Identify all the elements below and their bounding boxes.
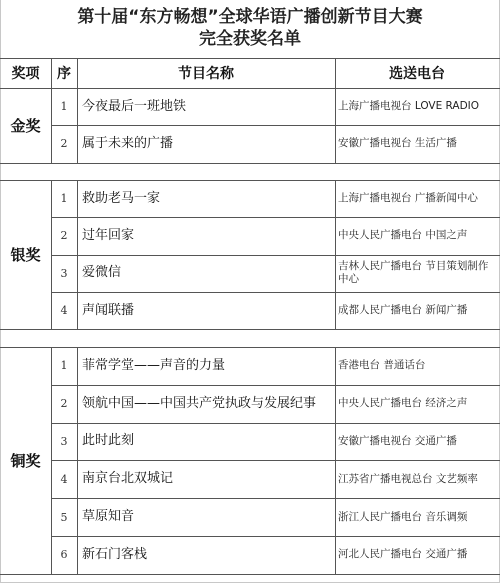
table-rule [0, 329, 500, 330]
row-program-name: 草原知音 [77, 498, 335, 536]
row-seq: 4 [51, 292, 77, 329]
table-rule [0, 574, 500, 575]
table-rule [51, 423, 500, 424]
table-rule [77, 88, 78, 163]
page-title: 第十届“东方畅想”全球华语广播创新节目大赛 完全获奖名单 [0, 6, 500, 50]
row-seq: 1 [51, 347, 77, 385]
table-rule [51, 460, 500, 461]
award-label: 铜奖 [0, 347, 51, 574]
row-seq: 2 [51, 385, 77, 423]
row-seq: 4 [51, 460, 77, 498]
award-label: 金奖 [0, 88, 51, 163]
table-rule [51, 58, 52, 88]
table-rule [51, 536, 500, 537]
table-rule [335, 347, 336, 574]
award-label: 银奖 [0, 180, 51, 329]
table-rule [77, 180, 78, 329]
row-station: 中央人民广播电台 经济之声 [335, 385, 499, 423]
row-program-name: 救助老马一家 [77, 180, 335, 217]
row-program-name: 新石门客栈 [77, 536, 335, 574]
row-program-name: 此时此刻 [77, 423, 335, 461]
row-seq: 2 [51, 217, 77, 254]
row-seq: 3 [51, 255, 77, 292]
row-seq: 1 [51, 180, 77, 217]
table-rule [77, 347, 78, 574]
table-rule [51, 180, 52, 329]
table-rule [77, 58, 78, 88]
row-program-name: 过年回家 [77, 217, 335, 254]
table-rule [51, 385, 500, 386]
row-station: 吉林人民广播电台 节目策划制作中心 [335, 255, 499, 292]
row-station: 安徽广播电视台 交通广播 [335, 423, 499, 461]
row-program-name: 领航中国——中国共产党执政与发展纪事 [77, 385, 335, 423]
table-rule [335, 88, 336, 163]
row-station: 河北人民广播电台 交通广播 [335, 536, 499, 574]
table-rule [51, 255, 500, 256]
row-station: 中央人民广播电台 中国之声 [335, 217, 499, 254]
table-rule [51, 88, 52, 163]
row-seq: 2 [51, 125, 77, 162]
row-seq: 6 [51, 536, 77, 574]
row-seq: 1 [51, 88, 77, 125]
table-rule [51, 292, 500, 293]
row-station: 江苏省广播电视总台 文艺频率 [335, 460, 499, 498]
table-rule [335, 180, 336, 329]
table-rule [51, 347, 52, 574]
row-program-name: 南京台北双城记 [77, 460, 335, 498]
row-program-name: 属于未来的广播 [77, 125, 335, 162]
row-station: 上海广播电视台 广播新闻中心 [335, 180, 499, 217]
header-award: 奖项 [0, 58, 51, 88]
row-program-name: 今夜最后一班地铁 [77, 88, 335, 125]
table-rule [0, 163, 500, 164]
title-line-1: 第十届“东方畅想”全球华语广播创新节目大赛 [0, 6, 500, 28]
title-line-2: 完全获奖名单 [0, 28, 500, 50]
table-rule [51, 498, 500, 499]
row-station: 安徽广播电视台 生活广播 [335, 125, 499, 162]
table-rule [51, 217, 500, 218]
row-program-name: 菲常学堂——声音的力量 [77, 347, 335, 385]
row-station: 上海广播电视台 LOVE RADIO [335, 88, 499, 125]
table-rule [51, 125, 500, 126]
header-program: 节目名称 [77, 58, 335, 88]
header-seq: 序 [51, 58, 77, 88]
row-seq: 3 [51, 423, 77, 461]
row-station: 香港电台 普通话台 [335, 347, 499, 385]
row-program-name: 声闻联播 [77, 292, 335, 329]
row-program-name: 爱微信 [77, 255, 335, 292]
row-station: 成都人民广播电台 新闻广播 [335, 292, 499, 329]
header-station: 选送电台 [335, 58, 499, 88]
row-seq: 5 [51, 498, 77, 536]
row-station: 浙江人民广播电台 音乐调频 [335, 498, 499, 536]
table-rule [335, 58, 336, 88]
